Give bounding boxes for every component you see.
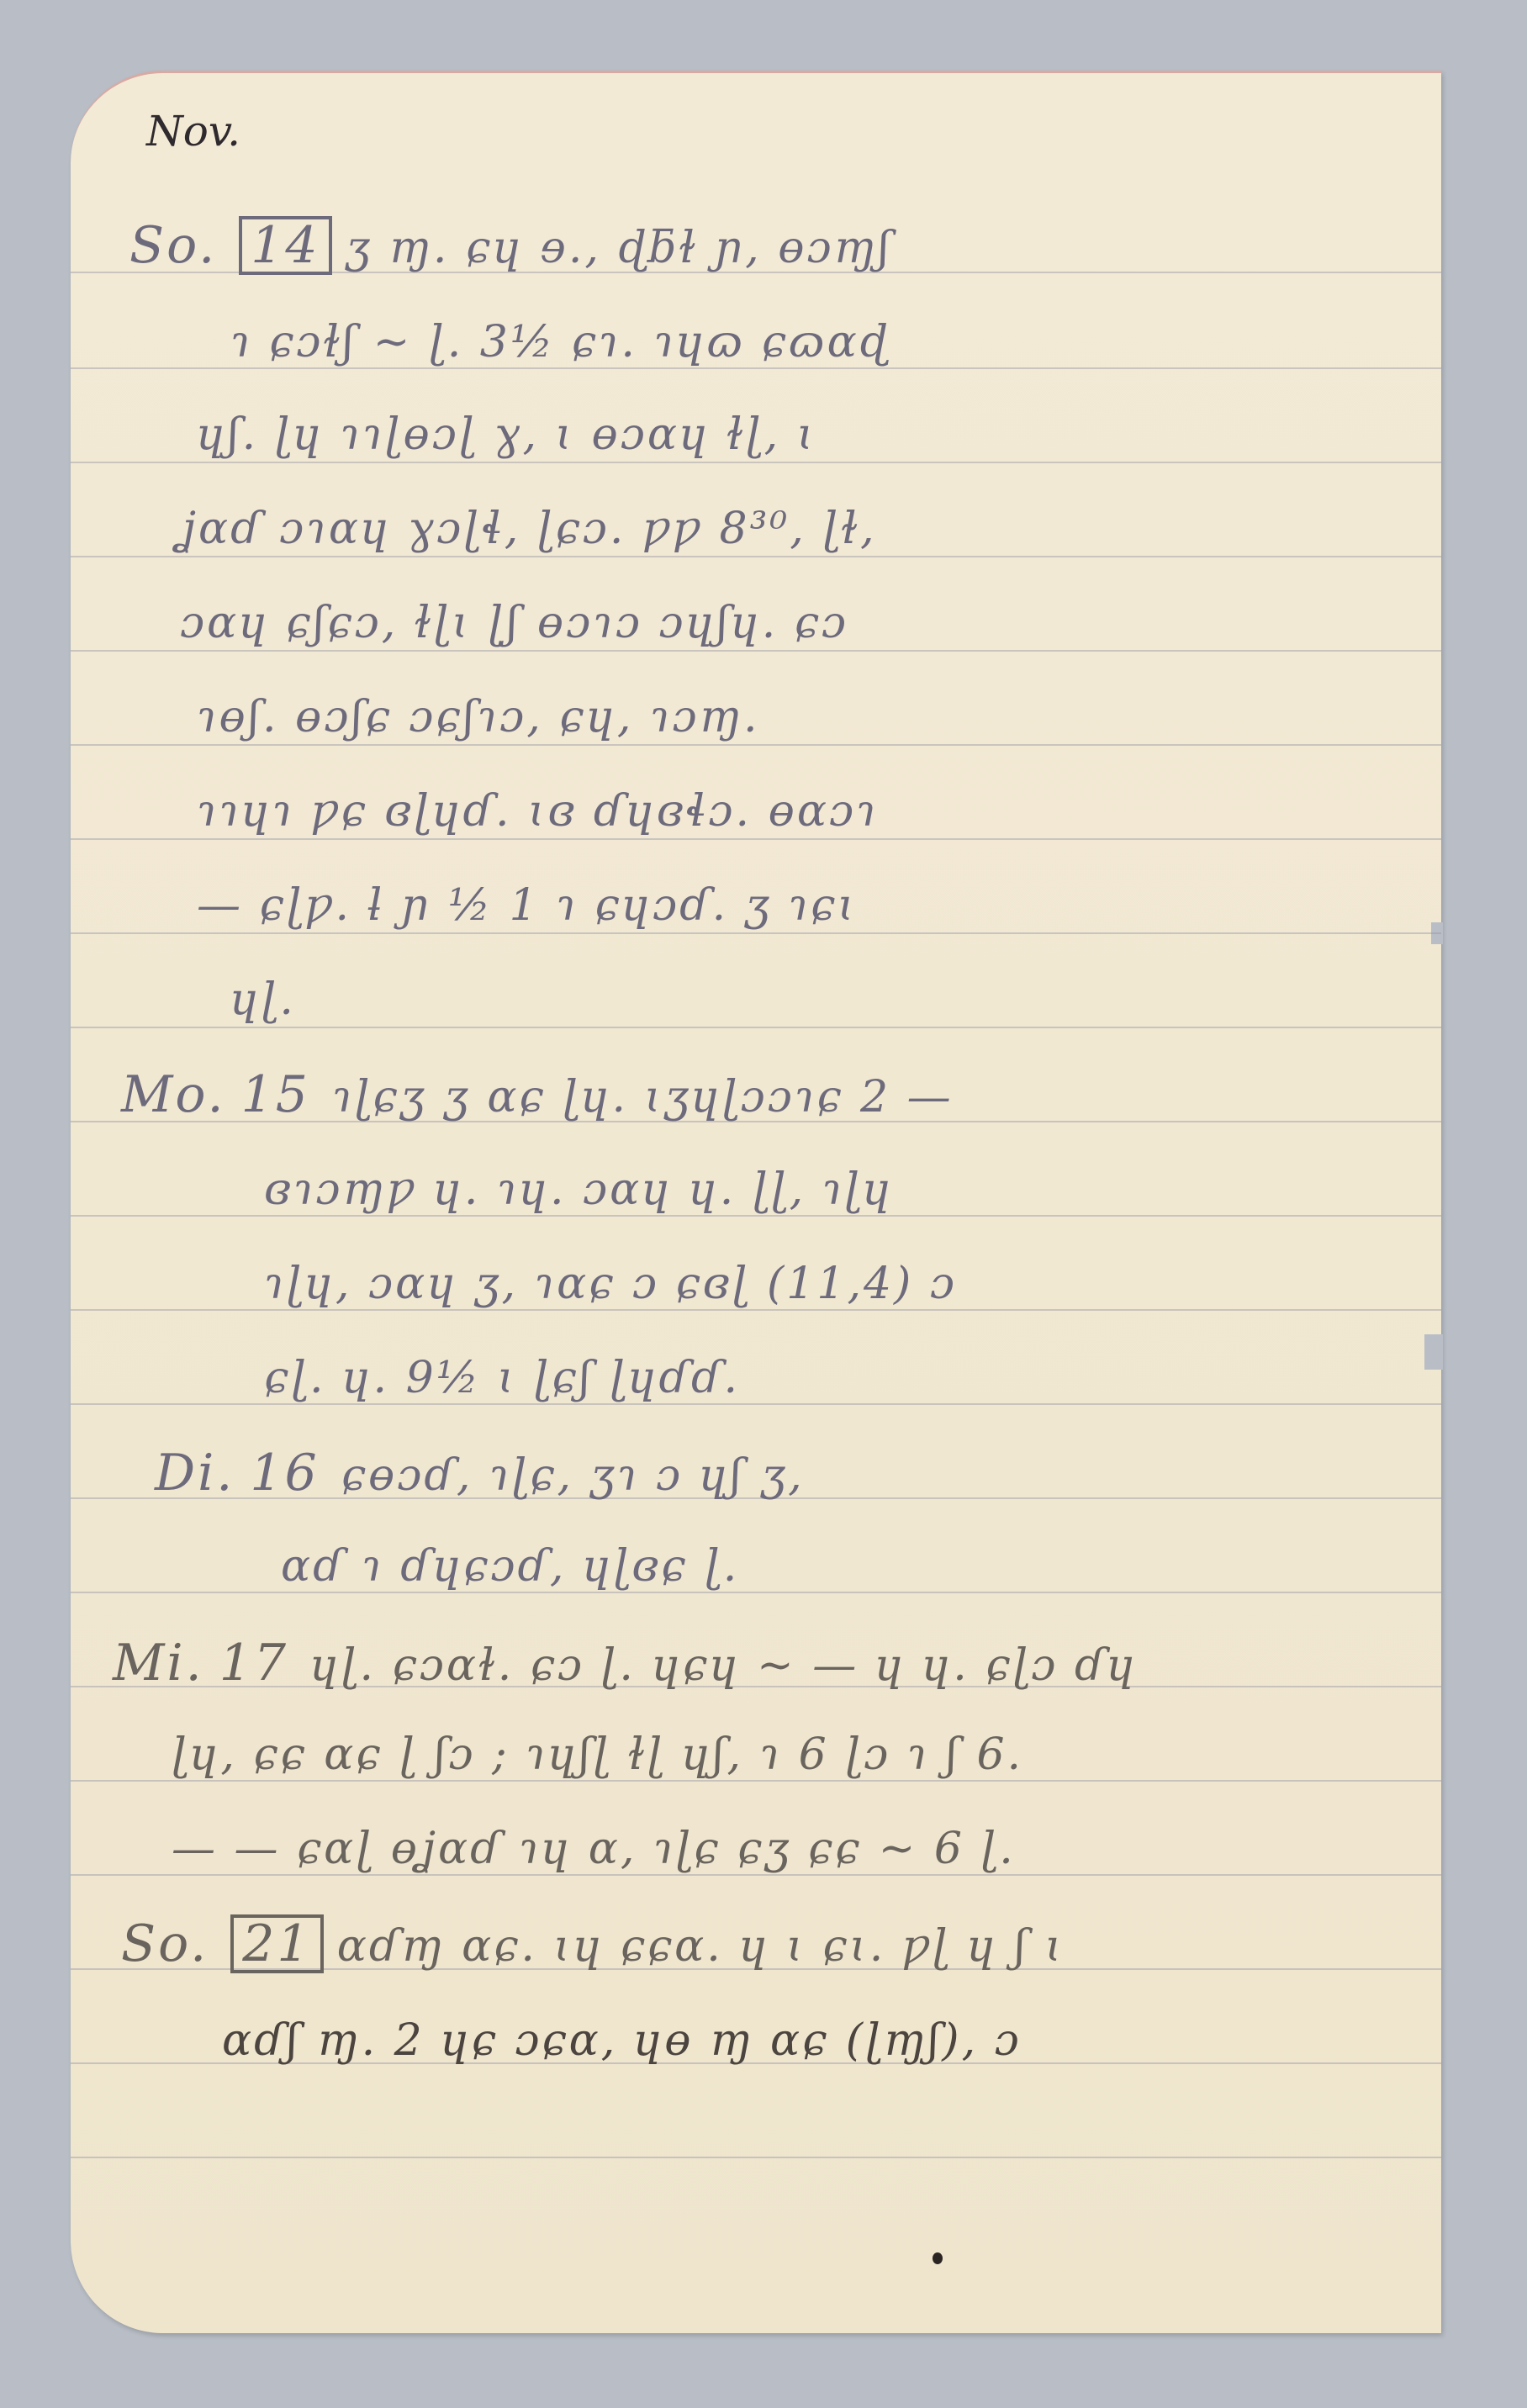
day-label: Mo. [121,1065,226,1124]
shorthand-line: ʒ ɱ. ɕɥ ɘ., ɖƃɫ ɲ, ɵɔɱʃ [346,223,892,273]
shorthand-line: ɑɗʃ ɱ. 2 ɥɕ ɔɕɑ, ɥɵ ɱ ɑɕ (ɭɱʃ), ɔ [222,2015,1022,2066]
shorthand-line: ɿɭɕʒ ʒ ɑɕ ɭɥ. ɩʒɥɭɔɔɿɕ 2 — [332,1072,954,1122]
ruled-line [71,838,1441,840]
ruled-line [71,932,1441,934]
shorthand-line: — — ɕɑɭ ɵʝɑɗ ɿɥ ɑ, ɿɭɕ ɕʒ ɕɕ ~ 6 ɭ. [172,1824,1016,1874]
shorthand-line: ɿɵʃ. ɵɔʃɕ ɔɕʃɿɔ, ɕɥ, ɿɔɱ. [197,692,759,742]
ruled-line [71,2157,1441,2158]
shorthand-line: ɥʃ. ɭɥ ɿɿɭɵɔɭ ɣ, ɩ ɵɔɑɥ ɫɭ, ɩ [197,409,816,460]
day-label: So. [129,216,217,275]
ink-dot [933,2252,943,2264]
shorthand-line: ɕɭ. ɥ. 9½ ɩ ɭɕʃ ɭɥɗɗ. [264,1353,740,1403]
ruled-line [71,650,1441,652]
date: 16 [250,1444,319,1502]
shorthand-line: ɿɭɥ, ɔɑɥ ʒ, ɿɑɕ ɔ ɕɞɭ (11,4) ɔ [264,1259,957,1309]
entry-di-16: Di.16 ɕɵɔɗ, ɿɭɕ, ʒɿ ɔ ɥʃ ʒ, [155,1444,805,1502]
ruled-line [71,1027,1441,1028]
ruled-line [71,556,1441,557]
shorthand-line: ʝɑɗ ɔɿɑɥ ɣɔɭɬ, ɭɕɔ. ƿƿ 8³⁰, ɭɫ, [180,504,877,554]
entry-so-14: So.14 ʒ ɱ. ɕɥ ɘ., ɖƃɫ ɲ, ɵɔɱʃ [129,216,892,275]
ruled-line [71,1215,1441,1217]
ruled-line [71,1403,1441,1405]
shorthand-line: ɿɿɥɿ ƿɕ ɞɭɥɗ. ɩɞ ɗɥɞɬɔ. ɵɑɔɿ [197,786,879,837]
shorthand-line: ɕɵɔɗ, ɿɭɕ, ʒɿ ɔ ɥʃ ʒ, [341,1450,805,1501]
entry-mi-17: Mi.17 ɥɭ. ɕɔɑɫ. ɕɔ ɭ. ɥɕɥ ~ — ɥ ɥ. ɕɭɔ ɗ… [113,1634,1138,1692]
ruled-line [71,1592,1441,1593]
ruled-line [71,462,1441,463]
ruled-line [71,367,1441,369]
notebook-page: Nov. So.14 ʒ ɱ. ɕɥ ɘ., ɖƃɫ ɲ, ɵɔɱʃ ɿ ɕɔɫ… [71,71,1441,2333]
date: 15 [241,1065,310,1124]
shorthand-line: ɞɿɔɱƿ ɥ. ɿɥ. ɔɑɥ ɥ. ɭɭ, ɿɭɥ [264,1164,894,1215]
day-label: Di. [155,1444,235,1502]
ruled-line [71,1874,1441,1876]
shorthand-line: ɿ ɕɔɫʃ ~ ɭ. 3½ ɕɿ. ɿɥɷ ɕɷɑɖ [230,317,890,367]
shorthand-line: ɑɗ ɿ ɗɥɕɔɗ, ɥɭɞɕ ɭ. [281,1541,739,1592]
date-boxed: 21 [230,1914,323,1973]
shorthand-line: ɥɭ. [230,974,296,1025]
ruled-line [71,1780,1441,1782]
ruled-line [71,744,1441,746]
date-boxed: 14 [239,216,331,275]
day-label: So. [121,1914,209,1973]
day-label: Mi. [113,1634,204,1692]
shorthand-line: — ɕɭƿ. ƚ ɲ ½ 1 ɿ ɕɥɔɗ. ʒ ɿɕɩ [197,880,858,931]
shorthand-line: ɥɭ. ɕɔɑɫ. ɕɔ ɭ. ɥɕɥ ~ — ɥ ɥ. ɕɭɔ ɗɥ [310,1640,1138,1691]
month-header: Nov. [146,107,240,156]
ruled-line [71,1309,1441,1311]
entry-mo-15: Mo.15 ɿɭɕʒ ʒ ɑɕ ɭɥ. ɩʒɥɭɔɔɿɕ 2 — [121,1065,954,1124]
torn-edge-notch [1424,1334,1443,1370]
shorthand-line: ɑɗɱ ɑɕ. ɩɥ ɕɕɑ. ɥ ɩ ɕɩ. ƿɭ ɥ ʃ ɩ [337,1921,1065,1972]
entry-so-21: So.21 ɑɗɱ ɑɕ. ɩɥ ɕɕɑ. ɥ ɩ ɕɩ. ƿɭ ɥ ʃ ɩ [121,1914,1065,1973]
shorthand-line: ɔɑɥ ɕʃɕɔ, ɫɭɩ ɭʃ ɵɔɿɔ ɔɥʃɥ. ɕɔ [180,598,848,648]
date: 17 [219,1634,288,1692]
shorthand-line: ɭɥ, ɕɕ ɑɕ ɭ ʃɔ ; ɿɥʃɭ ɫɭ ɥʃ, ɿ 6 ɭɔ ɿ ʃ … [172,1729,1023,1780]
